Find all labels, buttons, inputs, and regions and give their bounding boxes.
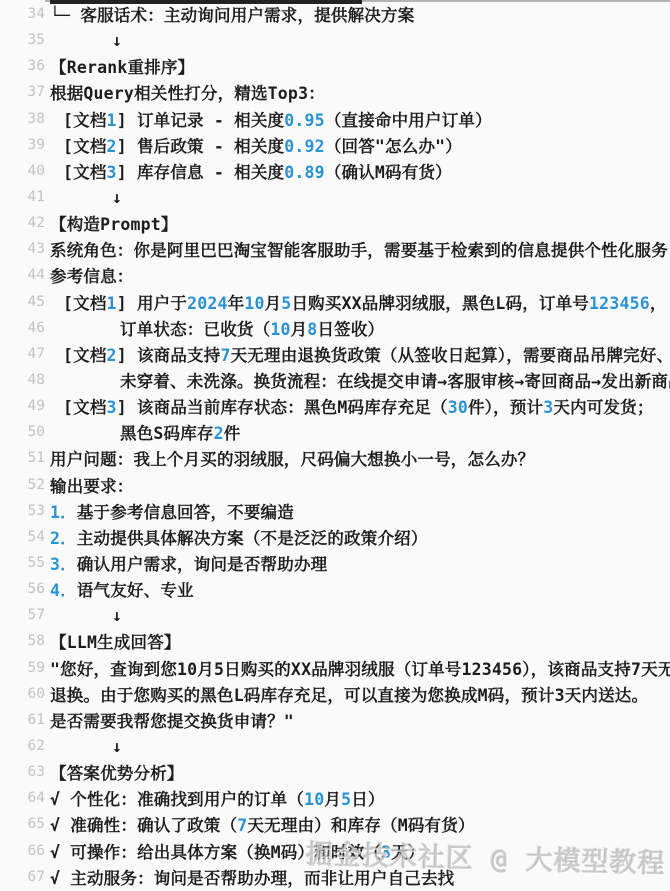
code-line[interactable]: 36【Rerank重排序】 <box>0 53 670 79</box>
text-token: 天内可发货； <box>553 398 653 417</box>
text-token: （确认M码有货） <box>325 163 452 182</box>
text-token: 月 <box>291 320 308 339</box>
text-token: 用户问题：我上个月买的羽绒服，尺码偏大想换小一号，怎么办？ <box>50 450 534 469</box>
line-number: 43 <box>0 241 45 257</box>
number-token: 2 <box>107 346 117 365</box>
line-text: 是否需要我帮您提交换货申请？" <box>45 708 294 732</box>
line-text: 退换。由于您购买的黑色L码库存充足，可以直接为您换成M码，预计3天内送达。 <box>45 682 648 706</box>
line-text: └─ 客服话术：主动询问用户需求，提供解决方案 <box>45 2 414 26</box>
text-token: 输出要求： <box>50 477 134 496</box>
code-line[interactable]: 58【LLM生成回答】 <box>0 628 670 654</box>
line-text: 【Rerank重排序】 <box>45 54 194 78</box>
line-number: 45 <box>0 294 45 310</box>
text-token: 是否需要我帮您提交换货申请？" <box>50 712 294 731</box>
code-line[interactable]: 46订单状态：已收货（10月8日签收） <box>0 315 670 341</box>
number-token: 2 <box>107 137 117 156</box>
line-number: 60 <box>0 686 45 702</box>
text-token: 系统角色：你是阿里巴巴淘宝智能客服助手，需要基于检索到的信息提供个性化服务 <box>50 241 668 260</box>
number-token: 2 <box>214 424 224 443</box>
line-text: 系统角色：你是阿里巴巴淘宝智能客服助手，需要基于检索到的信息提供个性化服务 <box>45 237 668 261</box>
text-token: ] 订单记录 - 相关度 <box>117 111 285 130</box>
line-text: [文档2] 售后政策 - 相关度0.92（回答"怎么办"） <box>45 133 462 157</box>
text-token: [文档 <box>63 111 107 130</box>
text-token: 主动提供具体解决方案（不是泛泛的政策介绍） <box>77 529 428 548</box>
text-token: ] 该商品支持 <box>117 346 221 365</box>
text-token: 黑色S码库存 <box>120 424 214 443</box>
code-line[interactable]: 51用户问题：我上个月买的羽绒服，尺码偏大想换小一号，怎么办？ <box>0 445 670 471</box>
text-token: 退换。由于您购买的黑色L码库存充足，可以直接为您换成M码，预计3天内送达。 <box>50 686 648 705</box>
number-token: 10 <box>244 294 264 313</box>
text-token: ↓ <box>112 188 122 207</box>
line-text: 【答案优势分析】 <box>45 760 184 784</box>
line-number: 53 <box>0 503 45 519</box>
line-text: [文档2] 该商品支持7天无理由退换货政策（从签收日起算），需要商品吊牌完好、 <box>45 342 670 366</box>
text-token: 日购买XX品牌羽绒服，黑色L码，订单号 <box>291 294 589 313</box>
text-token: 日） <box>351 790 384 809</box>
text-token: 件 <box>224 424 241 443</box>
text-token: 【Rerank重排序】 <box>50 58 194 77</box>
line-number: 37 <box>0 84 45 100</box>
text-token: ] 售后政策 - 相关度 <box>117 137 285 156</box>
line-number: 47 <box>0 346 45 362</box>
text-token: 月 <box>324 790 341 809</box>
line-number: 59 <box>0 660 45 676</box>
text-token: ， <box>650 294 667 313</box>
line-number: 56 <box>0 581 45 597</box>
number-token: 3 <box>543 398 553 417</box>
line-number: 46 <box>0 320 45 336</box>
number-token: 5 <box>341 790 351 809</box>
line-text: 2．主动提供具体解决方案（不是泛泛的政策介绍） <box>45 525 428 549</box>
text-token: √ 个性化：准确找到用户的订单（ <box>50 790 304 809</box>
code-line[interactable]: 531．基于参考信息回答，不要编造 <box>0 498 670 524</box>
line-number: 44 <box>0 267 45 283</box>
number-token: 0.92 <box>284 137 325 156</box>
code-line[interactable]: 44参考信息： <box>0 262 670 288</box>
line-text: ↓ <box>45 606 122 625</box>
code-line[interactable]: 37根据Query相关性打分，精选Top3： <box>0 79 670 105</box>
line-number: 48 <box>0 372 45 388</box>
text-token: 年 <box>228 294 245 313</box>
code-line[interactable]: 41↓ <box>0 184 670 210</box>
text-token: 月 <box>265 294 282 313</box>
number-token: 30 <box>448 398 468 417</box>
line-number: 54 <box>0 529 45 545</box>
text-token: ↓ <box>112 606 122 625</box>
text-token: 确认用户需求，询问是否帮助办理 <box>77 555 328 574</box>
text-token: 语气友好、专业 <box>77 581 194 600</box>
text-token: 【答案优势分析】 <box>50 764 184 783</box>
text-token: 【构造Prompt】 <box>50 215 178 234</box>
code-line[interactable]: 542．主动提供具体解决方案（不是泛泛的政策介绍） <box>0 524 670 550</box>
code-line[interactable]: 39[文档2] 售后政策 - 相关度0.92（回答"怎么办"） <box>0 132 670 158</box>
number-token: 3． <box>50 555 77 574</box>
line-text: 未穿着、未洗涤。换货流程：在线提交申请→客服审核→寄回商品→发出新商品 <box>45 368 670 392</box>
line-text: 参考信息： <box>45 263 134 287</box>
number-token: 2024 <box>187 294 228 313</box>
code-block[interactable]: 34└─ 客服话术：主动询问用户需求，提供解决方案35↓36【Rerank重排序… <box>0 1 670 890</box>
line-text: 根据Query相关性打分，精选Top3： <box>45 80 325 104</box>
line-text: 1．基于参考信息回答，不要编造 <box>45 499 294 523</box>
line-number: 64 <box>0 790 45 806</box>
line-number: 41 <box>0 189 45 205</box>
line-text: 黑色S码库存2件 <box>45 420 240 444</box>
number-token: 0.95 <box>284 111 325 130</box>
number-token: 10 <box>304 790 324 809</box>
text-token: （回答"怎么办"） <box>325 137 462 156</box>
text-token: "您好，查询到您10月5日购买的XX品牌羽绒服（订单号123456），该商品支持… <box>50 660 670 679</box>
number-token: 7 <box>237 816 247 835</box>
number-token: 1． <box>50 503 77 522</box>
line-number: 57 <box>0 607 45 623</box>
number-token: 7 <box>220 346 230 365</box>
code-line[interactable]: 63【答案优势分析】 <box>0 759 670 785</box>
text-token: 件），预计 <box>468 398 543 417</box>
line-text: 3．确认用户需求，询问是否帮助办理 <box>45 551 327 575</box>
line-number: 38 <box>0 111 45 127</box>
number-token: 3 <box>107 398 117 417</box>
editor-screen: 34└─ 客服话术：主动询问用户需求，提供解决方案35↓36【Rerank重排序… <box>0 0 670 891</box>
line-number: 62 <box>0 738 45 754</box>
text-token: [文档 <box>63 137 107 156</box>
text-token: [文档 <box>63 294 107 313</box>
line-number: 51 <box>0 450 45 466</box>
text-token: （直接命中用户订单） <box>325 111 492 130</box>
code-line[interactable]: 61是否需要我帮您提交换货申请？" <box>0 707 670 733</box>
number-token: 2． <box>50 529 77 548</box>
text-token: 订单状态：已收货（ <box>120 320 270 339</box>
code-line[interactable]: 52输出要求： <box>0 472 670 498</box>
number-token: 1 <box>107 294 117 313</box>
code-line[interactable]: 59"您好，查询到您10月5日购买的XX品牌羽绒服（订单号123456），该商品… <box>0 655 670 681</box>
text-token: 天无理由）和库存（M码有货） <box>247 816 474 835</box>
code-line[interactable]: 57↓ <box>0 602 670 628</box>
code-line[interactable]: 564．语气友好、专业 <box>0 576 670 602</box>
line-text: ↓ <box>45 737 122 756</box>
number-token: 8 <box>307 320 317 339</box>
code-line[interactable]: 64√ 个性化：准确找到用户的订单（10月5日） <box>0 785 670 811</box>
line-text: [文档1] 订单记录 - 相关度0.95（直接命中用户订单） <box>45 107 492 131</box>
line-number: 63 <box>0 764 45 780</box>
text-token: √ 准确性：确认了政策（ <box>50 816 237 835</box>
line-number: 55 <box>0 555 45 571</box>
text-token: 未穿着、未洗涤。换货流程：在线提交申请→客服审核→寄回商品→发出新商品 <box>120 372 670 391</box>
line-text: 4．语气友好、专业 <box>45 577 194 601</box>
line-number: 65 <box>0 816 45 832</box>
text-token: [文档 <box>63 163 107 182</box>
text-token: 天无理由退换货政策（从签收日起算），需要商品吊牌完好、 <box>231 346 670 365</box>
line-text: ↓ <box>45 188 122 207</box>
code-line[interactable]: 34└─ 客服话术：主动询问用户需求，提供解决方案 <box>0 1 670 27</box>
text-token: ↓ <box>112 737 122 756</box>
line-number: 40 <box>0 163 45 179</box>
text-token: 日签收） <box>317 320 384 339</box>
line-number: 34 <box>0 6 45 22</box>
code-line[interactable]: 62↓ <box>0 733 670 759</box>
code-line[interactable]: 49[文档3] 该商品当前库存状态：黑色M码库存充足（30件），预计3天内可发货… <box>0 393 670 419</box>
number-token: 0.89 <box>284 163 325 182</box>
number-token: 3 <box>107 163 117 182</box>
text-token: ↓ <box>112 31 122 50</box>
text-token: └─ 客服话术：主动询问用户需求，提供解决方案 <box>50 6 414 25</box>
number-token: 123456 <box>589 294 650 313</box>
line-number: 67 <box>0 869 45 885</box>
text-token: [文档 <box>63 398 107 417</box>
code-line[interactable]: 43系统角色：你是阿里巴巴淘宝智能客服助手，需要基于检索到的信息提供个性化服务 <box>0 236 670 262</box>
line-text: [文档3] 库存信息 - 相关度0.89（确认M码有货） <box>45 159 452 183</box>
text-token: 【LLM生成回答】 <box>50 633 181 652</box>
text-token: ] 库存信息 - 相关度 <box>117 163 285 182</box>
line-number: 61 <box>0 712 45 728</box>
code-line[interactable]: 35↓ <box>0 27 670 53</box>
code-line[interactable]: 40[文档3] 库存信息 - 相关度0.89（确认M码有货） <box>0 158 670 184</box>
line-text: 订单状态：已收货（10月8日签收） <box>45 316 384 340</box>
line-number: 35 <box>0 32 45 48</box>
code-line[interactable]: 38[文档1] 订单记录 - 相关度0.95（直接命中用户订单） <box>0 106 670 132</box>
code-line[interactable]: 42【构造Prompt】 <box>0 210 670 236</box>
line-number: 39 <box>0 137 45 153</box>
number-token: 4． <box>50 581 77 600</box>
code-line[interactable]: 48未穿着、未洗涤。换货流程：在线提交申请→客服审核→寄回商品→发出新商品 <box>0 367 670 393</box>
line-text: 【构造Prompt】 <box>45 211 178 235</box>
text-token: ] 用户于 <box>117 294 187 313</box>
line-number: 66 <box>0 843 45 859</box>
line-text: √ 准确性：确认了政策（7天无理由）和库存（M码有货） <box>45 812 475 836</box>
code-line[interactable]: 553．确认用户需求，询问是否帮助办理 <box>0 550 670 576</box>
line-text: [文档1] 用户于2024年10月5日购买XX品牌羽绒服，黑色L码，订单号123… <box>45 290 667 314</box>
line-number: 49 <box>0 398 45 414</box>
text-token: [文档 <box>63 346 107 365</box>
line-text: √ 个性化：准确找到用户的订单（10月5日） <box>45 786 385 810</box>
line-text: 【LLM生成回答】 <box>45 629 181 653</box>
text-token: 基于参考信息回答，不要编造 <box>77 503 294 522</box>
line-number: 42 <box>0 215 45 231</box>
line-text: ↓ <box>45 31 122 50</box>
text-token: 根据Query相关性打分，精选Top3： <box>50 84 325 103</box>
line-number: 58 <box>0 633 45 649</box>
text-token: ] 该商品当前库存状态：黑色M码库存充足（ <box>117 398 448 417</box>
line-number: 52 <box>0 477 45 493</box>
line-number: 36 <box>0 58 45 74</box>
line-number: 50 <box>0 424 45 440</box>
number-token: 10 <box>270 320 290 339</box>
code-line[interactable]: 60退换。由于您购买的黑色L码库存充足，可以直接为您换成M码，预计3天内送达。 <box>0 681 670 707</box>
line-text: "您好，查询到您10月5日购买的XX品牌羽绒服（订单号123456），该商品支持… <box>45 656 670 680</box>
number-token: 1 <box>107 111 117 130</box>
line-text: 输出要求： <box>45 473 134 497</box>
text-token: 参考信息： <box>50 267 134 286</box>
number-token: 5 <box>281 294 291 313</box>
code-line[interactable]: 47[文档2] 该商品支持7天无理由退换货政策（从签收日起算），需要商品吊牌完好… <box>0 341 670 367</box>
code-line[interactable]: 45[文档1] 用户于2024年10月5日购买XX品牌羽绒服，黑色L码，订单号1… <box>0 289 670 315</box>
code-line[interactable]: 50黑色S码库存2件 <box>0 419 670 445</box>
line-text: [文档3] 该商品当前库存状态：黑色M码库存充足（30件），预计3天内可发货； <box>45 394 654 418</box>
line-text: 用户问题：我上个月买的羽绒服，尺码偏大想换小一号，怎么办？ <box>45 446 534 470</box>
